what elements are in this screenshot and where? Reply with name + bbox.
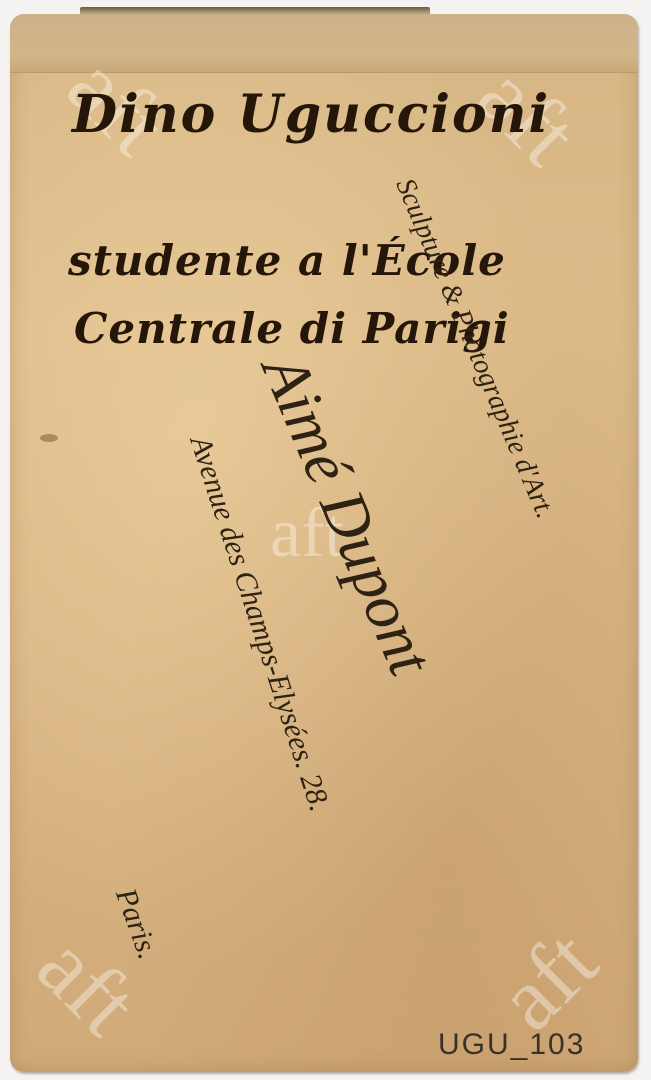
archive-code: UGU_103	[438, 1028, 585, 1062]
ink-stain	[40, 434, 58, 442]
card-top-edge	[80, 7, 430, 15]
handwritten-name: Dino Uguccioni	[72, 84, 550, 145]
photo-card-back: aft aft aft aft aft Dino Uguccioni stude…	[10, 14, 638, 1072]
